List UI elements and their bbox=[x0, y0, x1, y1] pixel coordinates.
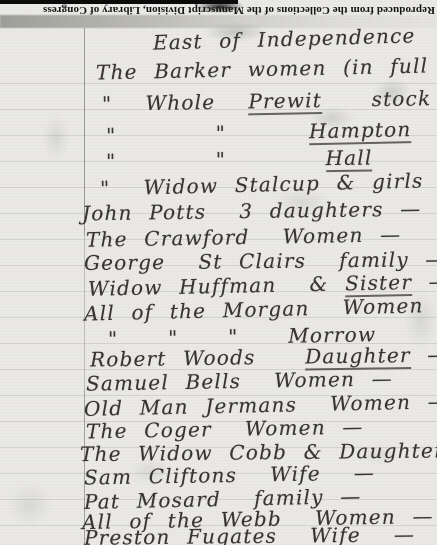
loc-reproduction-stamp: Reproduced from the Collections of the M… bbox=[2, 2, 435, 16]
underlined-word: Hall bbox=[325, 145, 372, 172]
line-text: " Whole bbox=[102, 89, 249, 116]
line-text: — bbox=[411, 342, 437, 367]
document-title: East of Independence bbox=[153, 23, 416, 54]
line-text: stock bbox=[322, 86, 432, 112]
line-text: " bbox=[372, 143, 437, 170]
line-text: " " bbox=[106, 146, 326, 173]
line-text: " bbox=[411, 114, 437, 141]
underlined-word: Prewit bbox=[248, 88, 322, 115]
manuscript-line: " Whole Prewit stock bbox=[102, 86, 432, 116]
manuscript-page: Reproduced from the Collections of the M… bbox=[0, 0, 437, 545]
manuscript-line: " " Hampton " bbox=[106, 114, 437, 147]
manuscript-line: John Potts 3 daughters — bbox=[82, 197, 422, 226]
underlined-word: Hampton bbox=[309, 117, 412, 145]
manuscript-line: The Barker women (in full bbox=[96, 54, 429, 85]
line-text: " " bbox=[106, 119, 309, 147]
manuscript-line: Preston Fugates Wife — bbox=[84, 522, 415, 545]
line-text: — bbox=[412, 269, 437, 294]
